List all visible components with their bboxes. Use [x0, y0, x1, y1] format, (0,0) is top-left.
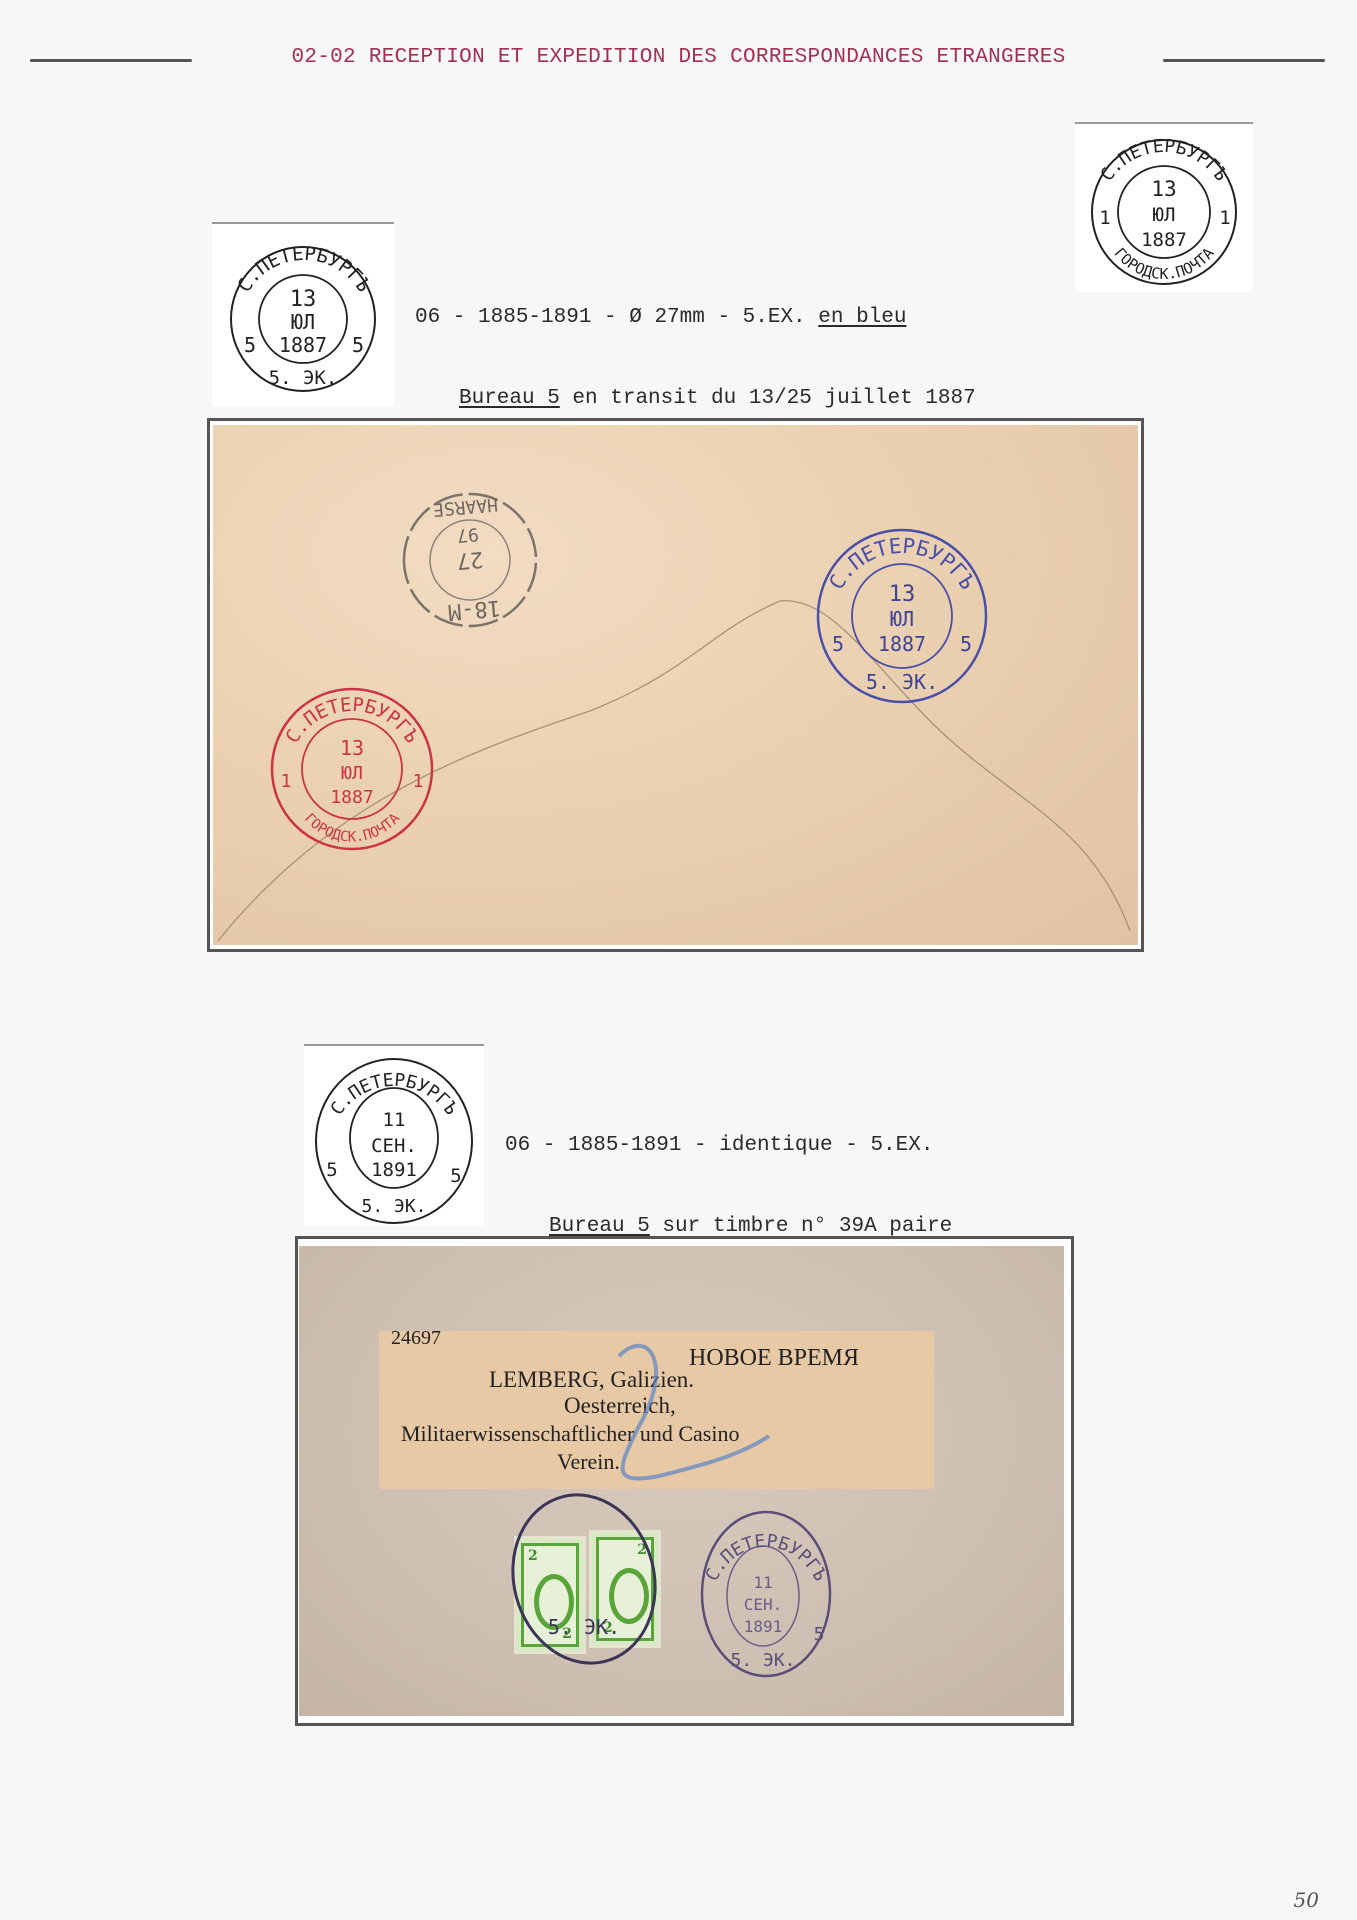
svg-text:27: 27	[456, 546, 485, 573]
label-number: 24697	[391, 1327, 441, 1350]
svg-text:13: 13	[290, 287, 317, 312]
svg-text:СЕН.: СЕН.	[744, 1595, 783, 1614]
entry2-line-1: 06 - 1885-1891 - identique - 5.EX.	[505, 1132, 1066, 1159]
svg-text:13: 13	[340, 736, 364, 760]
svg-text:СЕН.: СЕН.	[371, 1135, 417, 1157]
svg-text:ЮЛ: ЮЛ	[890, 607, 914, 631]
svg-text:1891: 1891	[371, 1159, 417, 1181]
svg-text:1887: 1887	[1141, 229, 1187, 251]
red-cancel-bureau1-urban: С.ПЕТЕРБУРГЪ 13 ЮЛ 1887 1 1 ГОРОДСК.ПОЧТ…	[262, 679, 442, 859]
svg-text:11: 11	[383, 1109, 406, 1131]
page-title: 02-02 RECEPTION ET EXPEDITION DES CORRES…	[0, 46, 1357, 69]
reference-cancel-card-1: С.ПЕТЕРБУРГЪ 13 ЮЛ 1887 5 5 5. ЭК.	[212, 222, 394, 406]
page-number: 50	[1294, 1888, 1319, 1912]
violet-cancel-bureau5: С.ПЕТЕРБУРГЪ 11 СЕН. 1891 5 5. ЭК.	[691, 1504, 841, 1684]
svg-text:ЮЛ: ЮЛ	[1153, 204, 1176, 226]
reference-cancel-card-urban: С.ПЕТЕРБУРГЪ 13 ЮЛ 1887 1 1 ГОРОДСК.ПОЧТ…	[1075, 122, 1253, 292]
newspaper-wrapper-1891: 24697 НОВОЕ ВРЕМЯ LEMBERG, Galizien. Oes…	[295, 1236, 1074, 1726]
svg-text:5. ЭК.: 5. ЭК.	[269, 367, 338, 389]
svg-text:1: 1	[413, 771, 424, 792]
wrapper-paper: 24697 НОВОЕ ВРЕМЯ LEMBERG, Galizien. Oes…	[299, 1246, 1064, 1716]
svg-text:1887: 1887	[330, 787, 373, 808]
svg-text:5. ЭК.: 5. ЭК.	[730, 1650, 795, 1671]
svg-text:5: 5	[960, 632, 972, 656]
header-rule-right	[1163, 59, 1325, 62]
blue-cancel-bureau5: С.ПЕТЕРБУРГЪ 13 ЮЛ 1887 5 5 5. ЭК.	[802, 521, 1002, 711]
svg-text:5: 5	[244, 333, 256, 357]
svg-text:97: 97	[456, 523, 479, 546]
svg-text:1887: 1887	[279, 333, 327, 357]
svg-text:5: 5	[326, 1159, 337, 1181]
svg-text:5: 5	[352, 333, 364, 357]
svg-text:1: 1	[1219, 207, 1230, 229]
svg-text:1: 1	[281, 771, 292, 792]
svg-text:HAARSE: HAARSE	[432, 493, 499, 520]
blue-crayon-mark	[579, 1336, 779, 1506]
reference-cancel-bureau5-1891: С.ПЕТЕРБУРГЪ 11 СЕН. 1891 5 5 5. ЭК.	[304, 1046, 484, 1226]
arrival-cancel-haarsen: 18-M 27 97 HAARSE	[389, 479, 552, 642]
entry1-line-1: 06 - 1885-1891 - Ø 27mm - 5.EX. en bleu	[415, 304, 1089, 331]
svg-text:11: 11	[753, 1573, 772, 1592]
svg-text:1887: 1887	[878, 632, 926, 656]
svg-text:ЮЛ: ЮЛ	[291, 310, 315, 334]
svg-text:5: 5	[832, 632, 844, 656]
entry1-line-2: Bureau 5 en transit du 13/25 juillet 188…	[415, 385, 1089, 412]
svg-text:5: 5	[814, 1624, 825, 1645]
svg-text:ЮЛ: ЮЛ	[341, 763, 363, 784]
svg-text:1891: 1891	[744, 1617, 783, 1636]
svg-text:18-M: 18-M	[447, 595, 502, 625]
svg-text:5: 5	[450, 1165, 461, 1187]
svg-text:13: 13	[1151, 177, 1176, 201]
reference-cancel-card-2: С.ПЕТЕРБУРГЪ 11 СЕН. 1891 5 5 5. ЭК.	[304, 1044, 484, 1226]
svg-text:1: 1	[1099, 207, 1110, 229]
reference-cancel-bureau5-1887: С.ПЕТЕРБУРГЪ 13 ЮЛ 1887 5 5 5. ЭК.	[212, 224, 394, 406]
envelope-back-1887: 18-M 27 97 HAARSE С.ПЕТЕРБУРГЪ 13 ЮЛ 188…	[207, 418, 1144, 952]
violet-cancel-on-stamps: 5. ЭК.	[499, 1484, 669, 1674]
reference-cancel-bureau1-urban: С.ПЕТЕРБУРГЪ 13 ЮЛ 1887 1 1 ГОРОДСК.ПОЧТ…	[1075, 124, 1253, 292]
svg-text:5. ЭК.: 5. ЭК.	[361, 1196, 426, 1217]
svg-text:5. ЭК.: 5. ЭК.	[866, 670, 938, 694]
svg-text:5. ЭК.: 5. ЭК.	[548, 1615, 620, 1639]
svg-text:13: 13	[889, 582, 916, 607]
